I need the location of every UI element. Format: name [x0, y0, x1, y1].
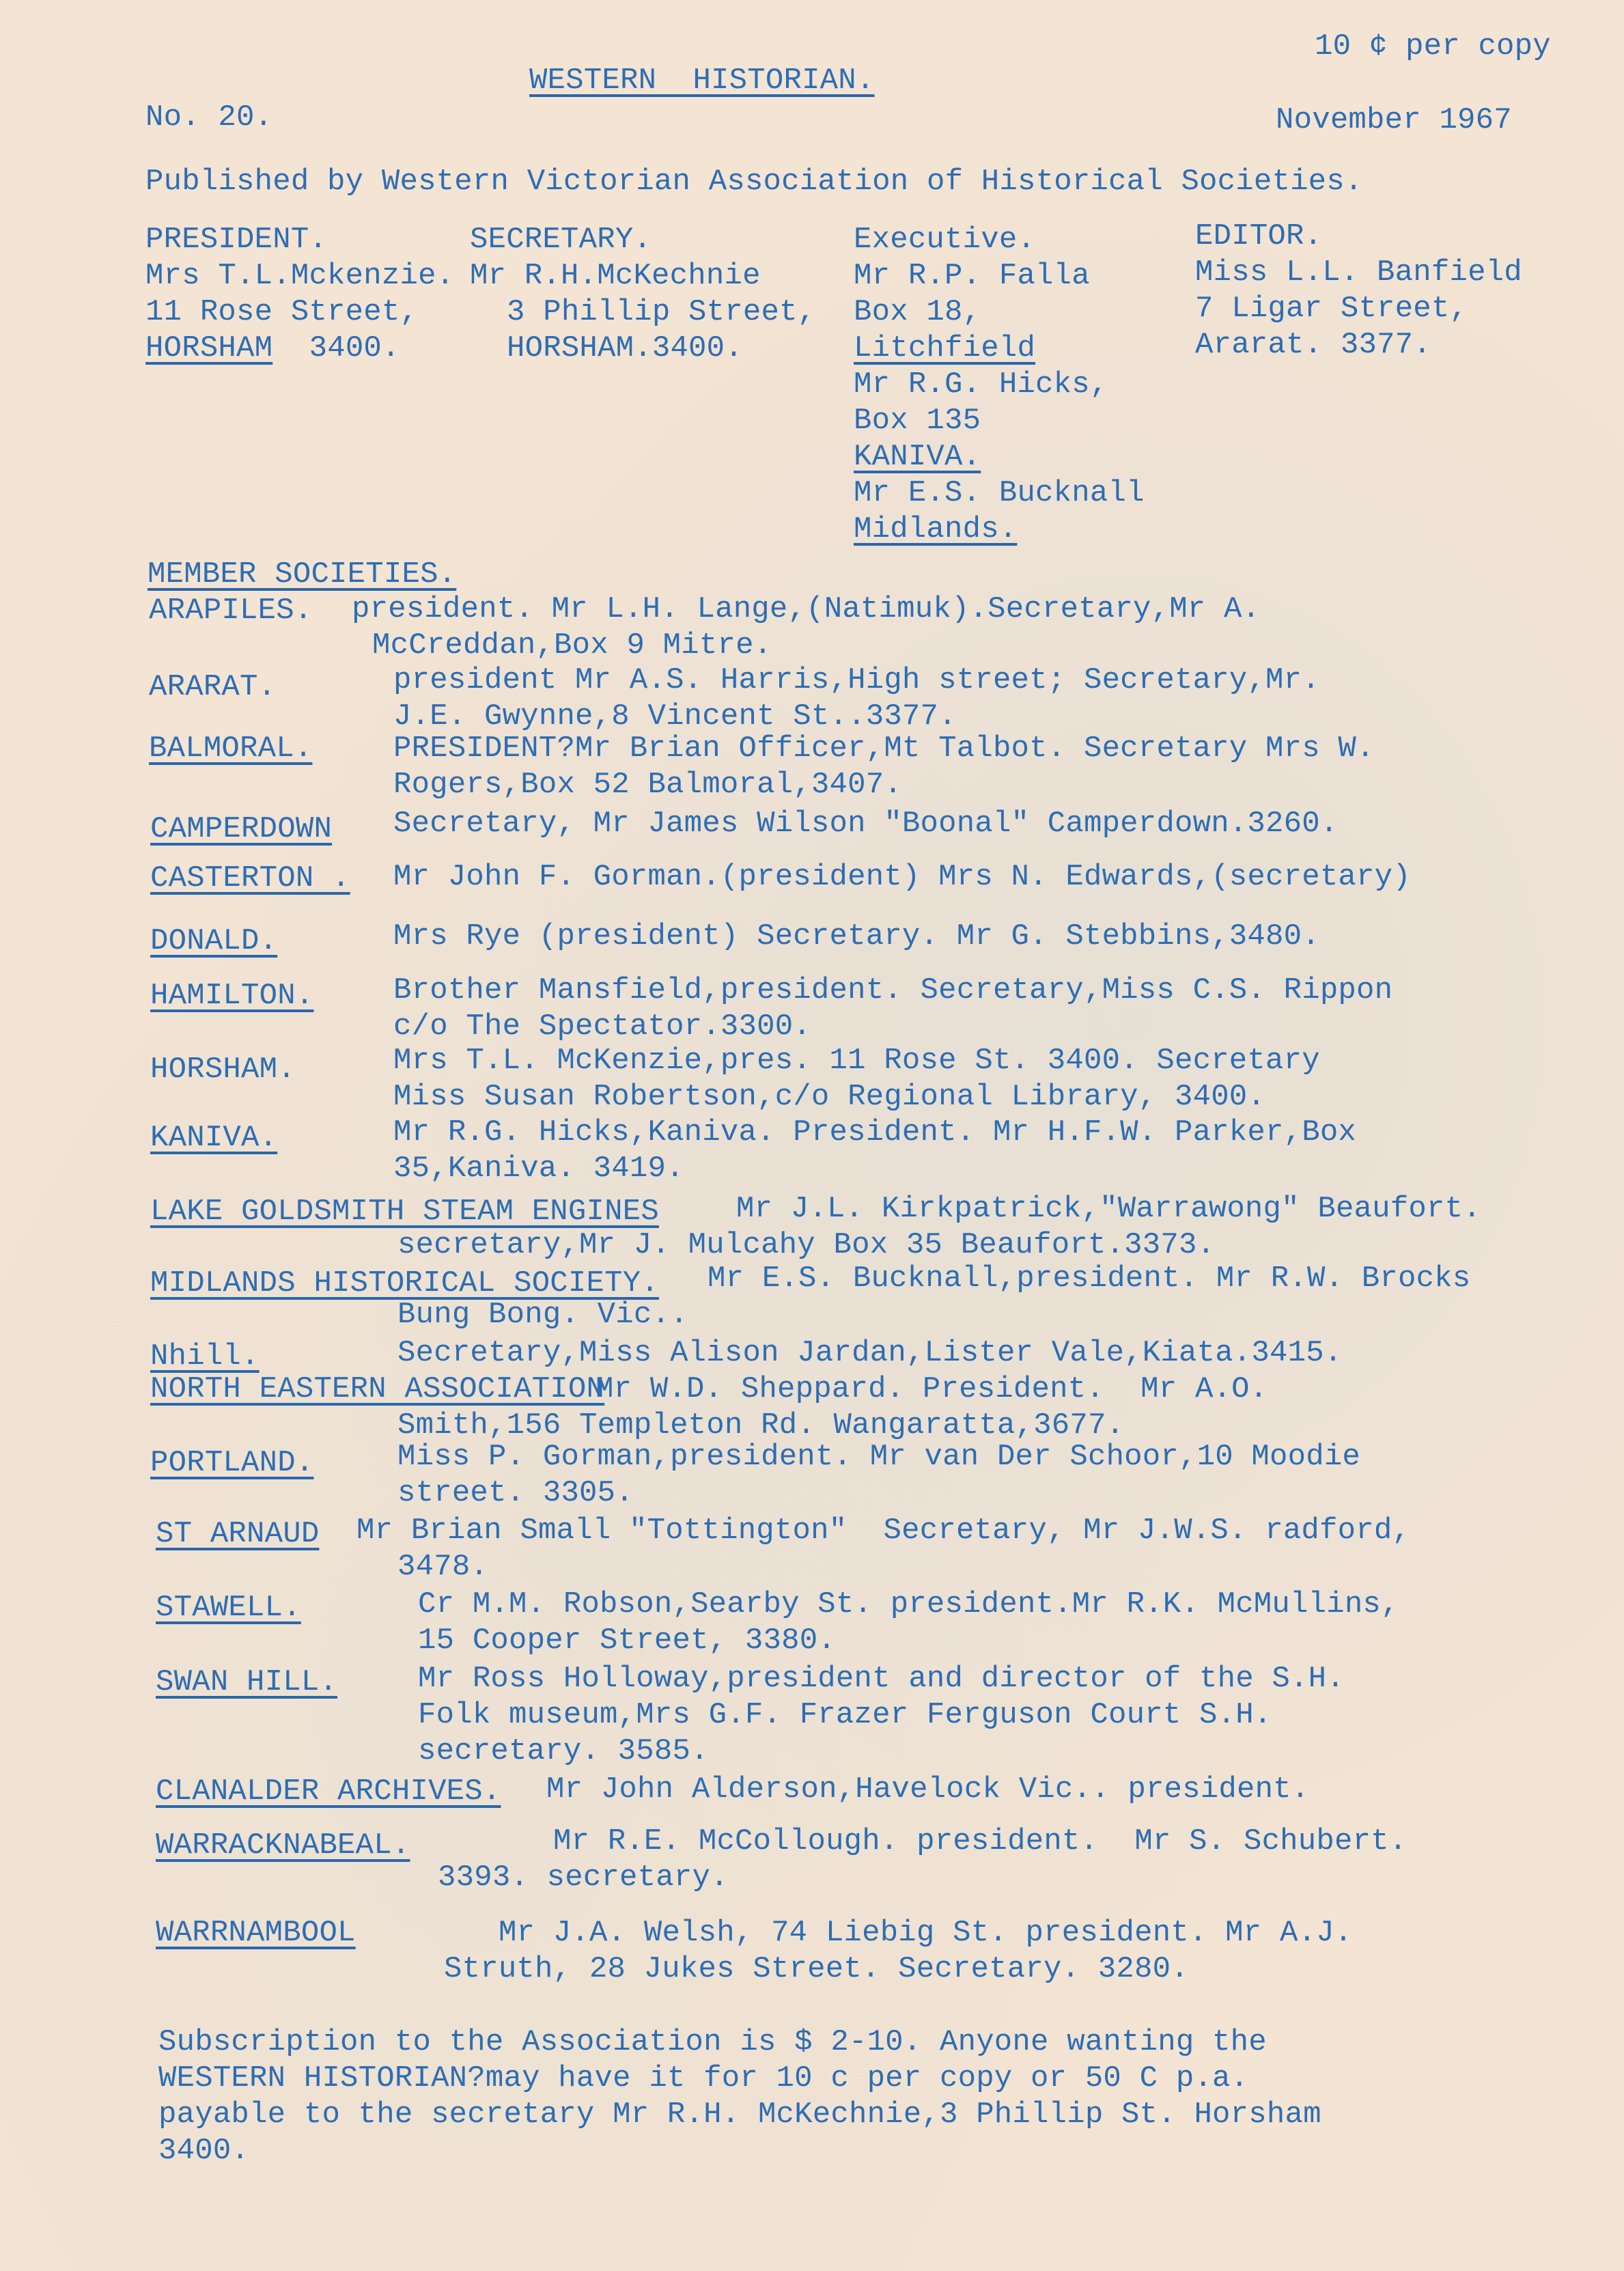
society-name: BALMORAL.	[149, 731, 312, 767]
society-detail: Secretary, Mr James Wilson "Boonal" Camp…	[393, 806, 1338, 842]
society-detail: Miss P. Gorman,president. Mr van Der Sch…	[397, 1439, 1360, 1475]
society-detail: Mrs T.L. McKenzie,pres. 11 Rose St. 3400…	[393, 1043, 1320, 1079]
society-name: STAWELL.	[156, 1590, 301, 1626]
officer-line: 11 Rose Street,	[145, 294, 418, 331]
society-detail: McCreddan,Box 9 Mitre.	[372, 628, 772, 664]
society-name: NORTH EASTERN ASSOCIATION	[150, 1371, 604, 1408]
society-detail: secretary,Mr J. Mulcahy Box 35 Beaufort.…	[397, 1227, 1215, 1264]
society-detail: Mr Brian Small "Tottington" Secretary, M…	[356, 1513, 1410, 1549]
publisher-line: Published by Western Victorian Associati…	[145, 164, 1363, 200]
society-name: WARRACKNABEAL.	[156, 1828, 410, 1864]
society-detail: Brother Mansfield,president. Secretary,M…	[393, 973, 1392, 1009]
officer-line: Midlands.	[854, 512, 1017, 548]
society-detail: Rogers,Box 52 Balmoral,3407.	[393, 767, 902, 803]
society-detail: 15 Cooper Street, 3380.	[418, 1623, 836, 1659]
society-detail: 3478.	[397, 1549, 488, 1585]
society-name: ARAPILES.	[149, 593, 312, 629]
society-detail: president Mr A.S. Harris,High street; Se…	[393, 663, 1320, 699]
officer-line: Litchfield	[854, 331, 1035, 367]
society-detail: Mrs Rye (president) Secretary. Mr G. Ste…	[393, 919, 1320, 955]
issue-date: November 1967	[1276, 102, 1512, 139]
society-detail: Struth, 28 Jukes Street. Secretary. 3280…	[444, 1951, 1189, 1988]
society-detail: Mr J.L. Kirkpatrick,"Warrawong" Beaufort…	[736, 1191, 1481, 1227]
society-name: CAMPERDOWN	[150, 811, 332, 848]
society-detail: Mr Ross Holloway,president and director …	[418, 1661, 1345, 1697]
society-name: ST ARNAUD	[156, 1516, 319, 1552]
officer-line: Miss L.L. Banfield	[1195, 255, 1522, 291]
society-name: Nhill.	[150, 1339, 260, 1375]
officer-line: Mr R.P. Falla	[854, 258, 1090, 294]
society-detail: J.E. Gwynne,8 Vincent St..3377.	[393, 699, 957, 735]
society-detail: Mr R.E. McCollough. president. Mr S. Sch…	[553, 1824, 1407, 1860]
society-name: HORSHAM.	[150, 1052, 296, 1088]
society-detail: Miss Susan Robertson,c/o Regional Librar…	[393, 1079, 1265, 1115]
officer-heading: PRESIDENT.	[145, 222, 327, 258]
newsletter-title: WESTERN HISTORIAN.	[529, 63, 874, 99]
society-name: SWAN HILL.	[156, 1664, 337, 1701]
society-name: DONALD.	[150, 923, 277, 960]
society-detail: Mr J.A. Welsh, 74 Liebig St. president. …	[499, 1915, 1352, 1951]
society-detail: Cr M.M. Robson,Searby St. president.Mr R…	[418, 1587, 1399, 1623]
society-name: LAKE GOLDSMITH STEAM ENGINES	[150, 1194, 659, 1230]
officer-line: HORSHAM	[145, 331, 272, 367]
society-detail: Folk museum,Mrs G.F. Frazer Ferguson Cou…	[418, 1697, 1272, 1733]
officer-line: 7 Ligar Street,	[1195, 291, 1468, 327]
society-detail: PRESIDENT?Mr Brian Officer,Mt Talbot. Se…	[393, 731, 1375, 767]
footer-line: 3400.	[158, 2133, 249, 2169]
society-detail: 3393. secretary.	[438, 1860, 729, 1896]
society-detail: Mr John F. Gorman.(president) Mrs N. Edw…	[393, 859, 1411, 895]
officer-line: Mrs T.L.Mckenzie.	[145, 258, 454, 294]
officer-line: HORSHAM.3400.	[507, 331, 743, 367]
society-detail: president. Mr L.H. Lange,(Natimuk).Secre…	[352, 591, 1260, 628]
society-detail: c/o The Spectator.3300.	[393, 1009, 811, 1045]
society-detail: Mr R.G. Hicks,Kaniva. President. Mr H.F.…	[393, 1115, 1356, 1151]
society-detail: Bung Bong. Vic..	[397, 1297, 688, 1333]
officer-line: KANIVA.	[854, 439, 981, 475]
society-name: ARARAT.	[149, 669, 276, 706]
officer-line: Ararat. 3377.	[1195, 327, 1431, 363]
society-name: KANIVA.	[150, 1120, 277, 1156]
officer-line: 3400.	[291, 331, 400, 367]
officer-line: 3 Phillip Street,	[507, 294, 815, 331]
society-detail: Mr W.D. Sheppard. President. Mr A.O.	[596, 1371, 1268, 1408]
society-name: CASTERTON .	[150, 861, 350, 897]
society-detail: secretary. 3585.	[418, 1733, 709, 1770]
society-name: HAMILTON.	[150, 978, 313, 1014]
member-societies-heading: MEMBER SOCIETIES.	[148, 557, 456, 593]
officer-heading: SECRETARY.	[470, 222, 652, 258]
society-detail: 35,Kaniva. 3419.	[393, 1151, 684, 1187]
price-note: 10 ¢ per copy	[1315, 29, 1551, 65]
officer-heading: EDITOR.	[1195, 219, 1322, 255]
society-detail: Mr E.S. Bucknall,president. Mr R.W. Broc…	[708, 1261, 1470, 1297]
society-detail: street. 3305.	[397, 1475, 634, 1511]
society-name: CLANALDER ARCHIVES.	[156, 1774, 501, 1810]
footer-line: payable to the secretary Mr R.H. McKechn…	[158, 2097, 1321, 2133]
officer-line: Mr R.H.McKechnie	[470, 258, 761, 294]
officer-heading: Executive.	[854, 222, 1035, 258]
footer-line: Subscription to the Association is $ 2-1…	[158, 2024, 1267, 2061]
officer-line: Mr R.G. Hicks,	[854, 367, 1108, 403]
society-detail: Mr John Alderson,Havelock Vic.. presiden…	[546, 1772, 1309, 1808]
society-name: PORTLAND.	[150, 1445, 313, 1481]
society-name: WARRNAMBOOL	[156, 1915, 356, 1951]
society-detail: Secretary,Miss Alison Jardan,Lister Vale…	[397, 1335, 1342, 1371]
footer-line: WESTERN HISTORIAN?may have it for 10 c p…	[158, 2061, 1248, 2097]
officer-line: Box 135	[854, 403, 981, 439]
officer-line: Mr E.S. Bucknall	[854, 475, 1145, 512]
issue-number: No. 20.	[145, 100, 272, 136]
officer-line: Box 18,	[854, 294, 981, 331]
